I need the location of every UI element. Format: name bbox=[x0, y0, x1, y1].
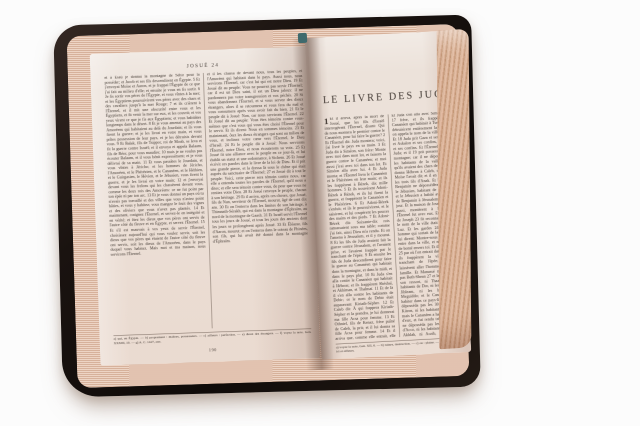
left-page-columns: et à Ésaü je donnai la montagne de Séhir… bbox=[104, 69, 311, 331]
left-page-content: JOSUÉ 24 et à Ésaü je donnai la montagne… bbox=[90, 46, 321, 365]
chapter-text: Et il arriva, après la mort de Josué, qu… bbox=[324, 115, 399, 341]
fore-edge-pages bbox=[437, 29, 472, 349]
book-title: LE LIVRE DES JUGES bbox=[323, 89, 451, 107]
left-page: JOSUÉ 24 et à Ésaü je donnai la montagne… bbox=[90, 46, 321, 365]
spine-headband bbox=[298, 33, 308, 43]
page-number: 190 bbox=[114, 345, 312, 356]
photo-open-bible: JOSUÉ 24 et à Ésaü je donnai la montagne… bbox=[0, 0, 640, 426]
chapter-drop-cap: 1 bbox=[324, 117, 329, 125]
text-column: 1Et il arriva, après la mort de Josué, q… bbox=[324, 115, 396, 341]
text-column: et à Ésaü je donnai la montagne de Séhir… bbox=[104, 73, 208, 332]
